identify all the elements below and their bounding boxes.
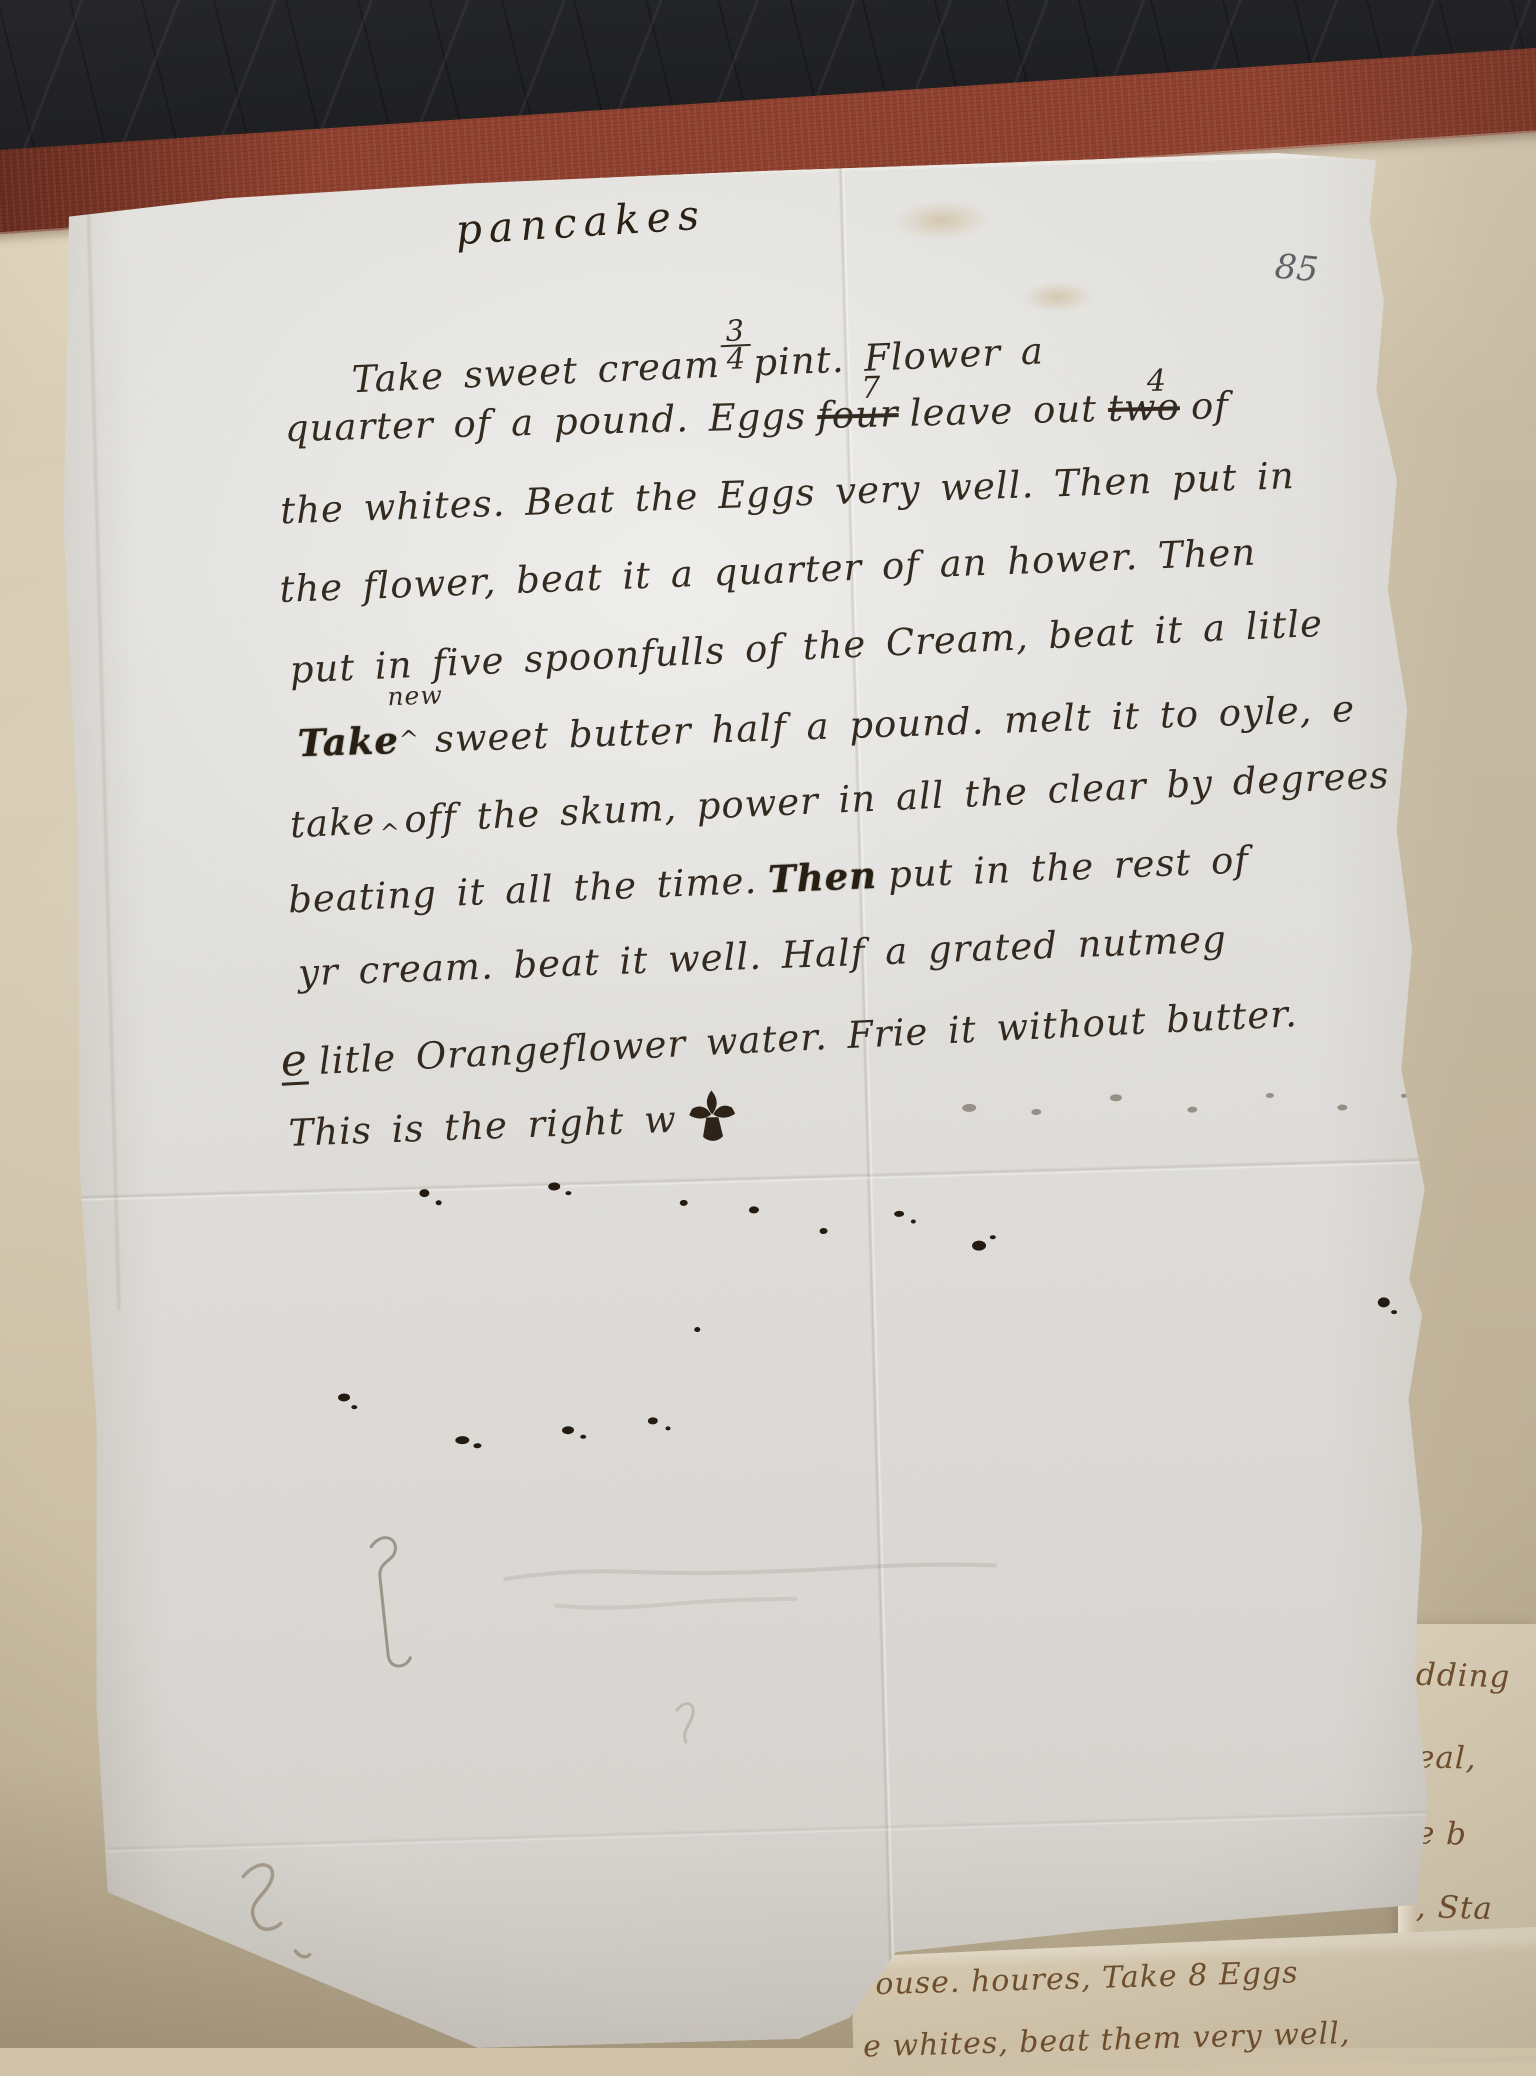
recipe-line-8: beating it all the time.Thenput in the r… [287, 837, 1250, 921]
ink-blot-fleur [686, 1087, 740, 1154]
vertical-fold-crease [838, 165, 897, 2036]
recipe-line-7: take^off the skum, power in all the clea… [289, 753, 1390, 846]
offset-ink-stain [893, 199, 990, 242]
page-number: 85 [1273, 246, 1320, 290]
inserted-word-new: new [387, 680, 443, 711]
line-text: litle Orangeflower water. Frie it withou… [318, 992, 1299, 1083]
line-text: leave out [909, 387, 1097, 435]
line-text: Take sweet cream [351, 343, 721, 401]
line-text: This is the right w [288, 1098, 678, 1155]
horizontal-fold-crease [74, 1157, 1430, 1202]
recipe-line-3: the whites. Beat the Eggs very well. The… [280, 454, 1296, 532]
heavy-ink-word: Then [767, 853, 878, 902]
line-text: beating it all the time. [287, 859, 758, 922]
recipe-line-4: the flower, beat it a quarter of an howe… [279, 531, 1257, 611]
line-text: pint. Flower a [753, 329, 1045, 384]
recipe-line-6: Takenew^sweet butter half a pound. melt … [297, 684, 1356, 765]
line-text: sweet butter half a pound. melt it to oy… [434, 687, 1356, 761]
pencil-marks [234, 1521, 1005, 1959]
fragment-line: , Sta [1416, 1889, 1494, 1927]
fraction-three-quarters: 34 [720, 318, 752, 371]
line-text: of [1190, 384, 1229, 428]
underlined-ampersand-e: e [279, 1034, 309, 1086]
caret-mark: ^ [398, 725, 420, 754]
line-text: take [289, 799, 376, 846]
recipe-line-9: yr cream. beat it well. Half a grated nu… [297, 918, 1227, 995]
superscript-7: 7 [861, 371, 882, 406]
horizontal-fold-crease [92, 1809, 1448, 1854]
recipe-line-11: This is the right w [288, 1087, 740, 1168]
line-text: off the skum, power in all the clear by … [403, 753, 1390, 841]
superscript-4: 4 [1146, 364, 1167, 399]
line-text: put in the rest of [887, 838, 1250, 896]
recipe-line-10: elitle Orangeflower water. Frie it witho… [279, 986, 1298, 1087]
recipe-line-1: Take sweet cream34pint. Flower a [350, 306, 1045, 402]
photo-of-manuscript-album: dding eal, e b , Sta eave ouse. houres, … [0, 0, 1536, 2048]
heavy-ink-word: Take [297, 718, 400, 765]
struck-word-four: 7four [817, 392, 900, 437]
fragment-line: e whites, beat them very well, [863, 2016, 1351, 2048]
manuscript-page: pancakes 85 Take sweet cream34pint. Flow… [46, 149, 1454, 2048]
interlinear-insertion: new^ [398, 715, 435, 753]
left-margin-crease [87, 210, 121, 1310]
recipe-line-5: put in five spoonfulls of the Cream, bea… [289, 602, 1324, 692]
fragment-line: eal, [1416, 1739, 1478, 1777]
fragment-line: dding [1416, 1657, 1511, 1695]
caret-mark: ^ [379, 818, 401, 847]
fragment-line: ouse. houres, Take 8 Eggs [875, 1955, 1299, 2002]
recipe-title: pancakes [454, 191, 707, 255]
struck-word-two: 4two [1108, 385, 1181, 430]
line-text: quarter of a pound. Eggs [284, 394, 806, 450]
